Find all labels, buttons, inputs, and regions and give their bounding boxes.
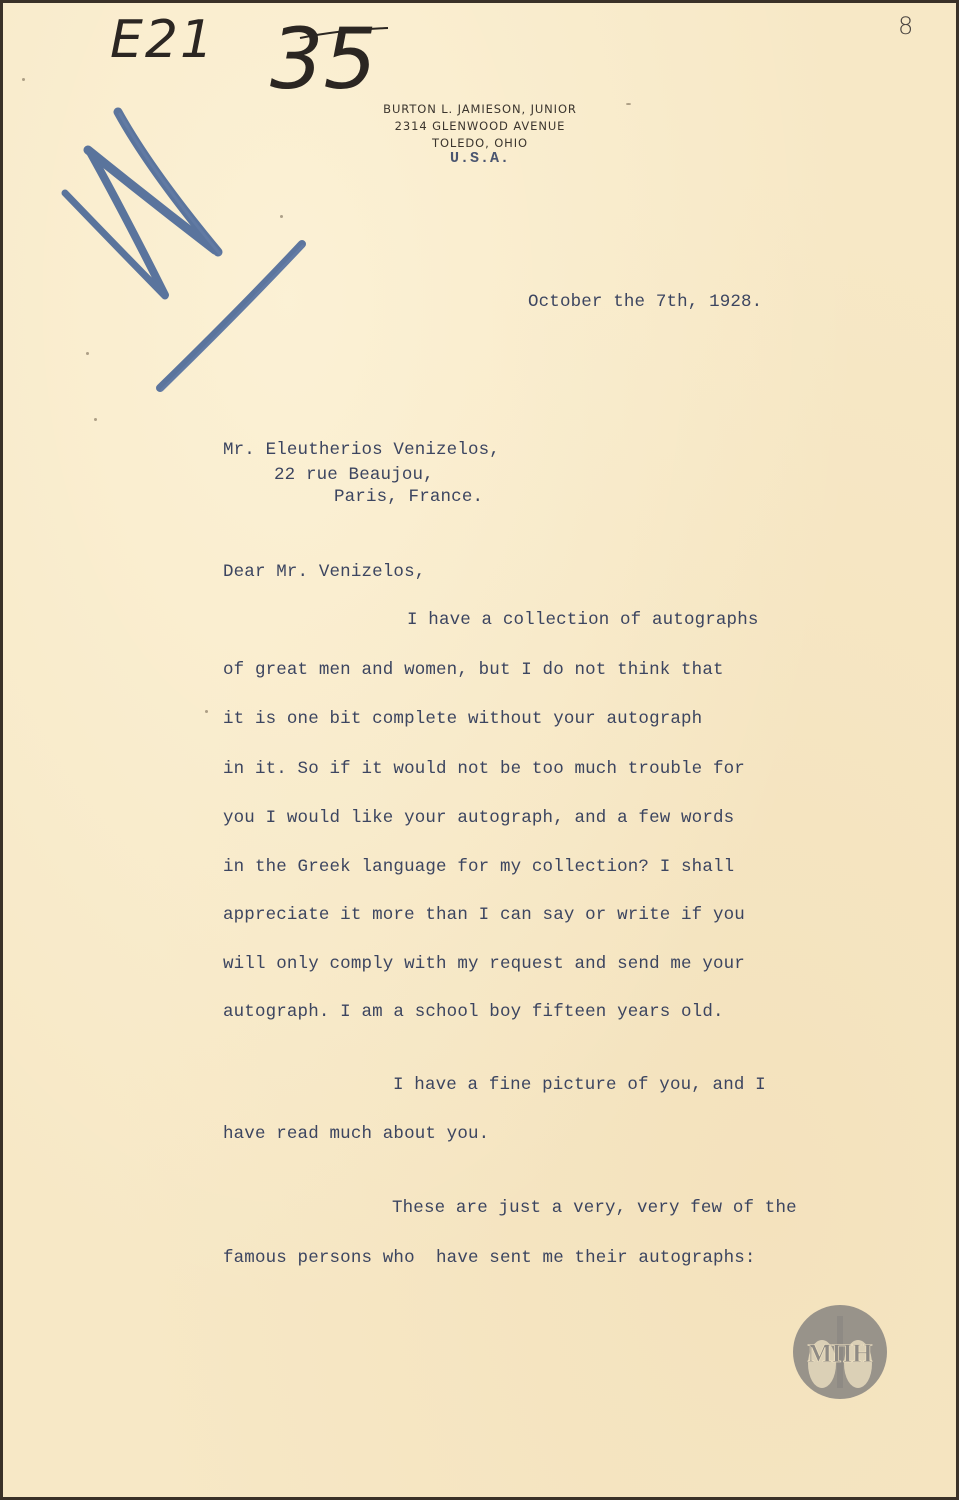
body-line: it is one bit complete without your auto… <box>223 709 702 729</box>
recipient-name: Mr. Eleutherios Venizelos, <box>223 440 500 460</box>
body-line: you I would like your autograph, and a f… <box>223 808 734 828</box>
letterhead-name: BURTON L. JAMIESON, JUNIOR <box>340 101 620 118</box>
recipient-street: 22 rue Beaujou, <box>274 465 434 485</box>
letter-page: Ε21 35 8 BURTON L. JAMIESON, JUNIOR 2314… <box>0 0 959 1500</box>
paper-speck <box>280 215 283 218</box>
body-line: I have a fine picture of you, and I <box>393 1075 766 1095</box>
body-line: famous persons who have sent me their au… <box>223 1248 756 1268</box>
stamp-label: ΜΠΗ <box>808 1339 873 1368</box>
body-line: autograph. I am a school boy fifteen yea… <box>223 1002 724 1022</box>
archive-number: 35 <box>270 10 377 108</box>
paper-speck <box>626 103 631 105</box>
paper-speck <box>94 418 97 421</box>
body-line: I have a collection of autographs <box>407 610 759 630</box>
paper-speck <box>22 78 25 81</box>
recipient-city: Paris, France. <box>334 487 483 507</box>
body-line: have read much about you. <box>223 1124 489 1144</box>
archive-stamp-icon: ΜΠΗ <box>790 1302 890 1402</box>
body-line: These are just a very, very few of the <box>392 1198 797 1218</box>
letterhead: BURTON L. JAMIESON, JUNIOR 2314 GLENWOOD… <box>340 101 620 166</box>
body-line: in the Greek language for my collection?… <box>223 857 734 877</box>
paper-speck <box>86 352 89 355</box>
archive-reference: Ε21 <box>110 10 215 70</box>
letterhead-street: 2314 GLENWOOD AVENUE <box>340 118 620 135</box>
page-number: 8 <box>898 12 913 40</box>
letter-date: October the 7th, 1928. <box>528 292 762 312</box>
body-line: of great men and women, but I do not thi… <box>223 660 724 680</box>
body-line: in it. So if it would not be too much tr… <box>223 759 745 779</box>
paper-speck <box>205 710 208 713</box>
salutation: Dear Mr. Venizelos, <box>223 562 425 582</box>
handwritten-strokes-icon <box>0 0 959 1500</box>
letterhead-country: U.S.A. <box>340 152 620 166</box>
body-line: will only comply with my request and sen… <box>223 954 745 974</box>
body-line: appreciate it more than I can say or wri… <box>223 905 745 925</box>
